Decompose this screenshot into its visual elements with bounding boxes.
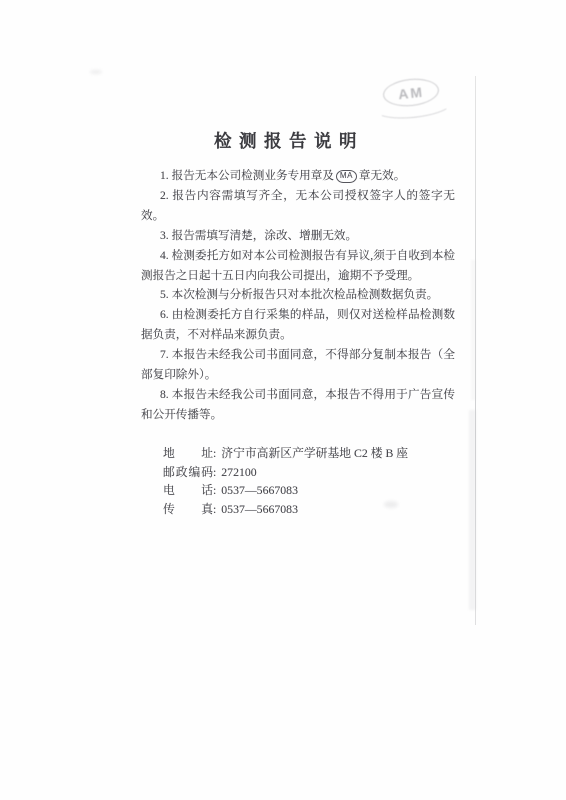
address-colon: : — [213, 446, 216, 460]
note-item-5: 5. 本次检测与分析报告只对本批次检品检测数据负责。 — [141, 285, 455, 305]
postcode-row: 邮政编码:272100 — [163, 463, 408, 482]
postcode-colon: : — [213, 465, 216, 479]
note-item-3: 3. 报告需填写清楚，涂改、增删无效。 — [141, 226, 455, 246]
note-item-7: 7. 本报告未经我公司书面同意，不得部分复制本报告（全部复印除外）。 — [141, 345, 455, 385]
note-1-post: 章无效。 — [359, 169, 405, 182]
page-title: 检测报告说明 — [0, 128, 566, 153]
fax-colon: : — [213, 502, 216, 516]
address-row: 地址:济宁市高新区产学研基地 C2 楼 B 座 — [163, 444, 408, 463]
cma-stamp-icon: MA — [336, 170, 357, 183]
notes-list: 1. 报告无本公司检测业务专用章及MA章无效。 2. 报告内容需填写齐全，无本公… — [141, 166, 455, 425]
postcode-value: 272100 — [221, 465, 256, 479]
contact-block: 地址:济宁市高新区产学研基地 C2 楼 B 座 邮政编码:272100 电话:0… — [163, 444, 408, 518]
phone-row: 电话:0537—5667083 — [163, 481, 408, 500]
note-1-pre: 1. 报告无本公司检测业务专用章及 — [160, 169, 334, 182]
scan-artifact-band — [469, 410, 476, 610]
address-label: 地址 — [163, 444, 213, 463]
address-value: 济宁市高新区产学研基地 C2 楼 B 座 — [221, 446, 408, 460]
postcode-label: 邮政编码 — [163, 463, 213, 482]
phone-colon: : — [213, 483, 216, 497]
scan-artifact-band — [471, 260, 476, 400]
scan-artifact-smudge — [90, 70, 102, 74]
note-item-2: 2. 报告内容需填写齐全，无本公司授权签字人的签字无效。 — [141, 186, 455, 226]
fax-value: 0537—5667083 — [221, 502, 298, 516]
note-item-6: 6. 由检测委托方自行采集的样品，则仅对送检样品检测数据负责，不对样品来源负责。 — [141, 305, 455, 345]
fax-row: 传真:0537—5667083 — [163, 500, 408, 519]
faded-stamp: AM — [382, 76, 441, 109]
phone-label: 电话 — [163, 481, 213, 500]
note-item-8: 8. 本报告未经我公司书面同意，本报告不得用于广告宣传和公开传播等。 — [141, 385, 455, 425]
scanned-report-notes-page: AM 检测报告说明 1. 报告无本公司检测业务专用章及MA章无效。 2. 报告内… — [0, 0, 566, 800]
fax-label: 传真 — [163, 500, 213, 519]
phone-value: 0537—5667083 — [221, 483, 298, 497]
note-item-1: 1. 报告无本公司检测业务专用章及MA章无效。 — [141, 166, 455, 186]
note-item-4: 4. 检测委托方如对本公司检测报告有异议,须于自收到本检测报告之日起十五日内向我… — [141, 246, 455, 286]
